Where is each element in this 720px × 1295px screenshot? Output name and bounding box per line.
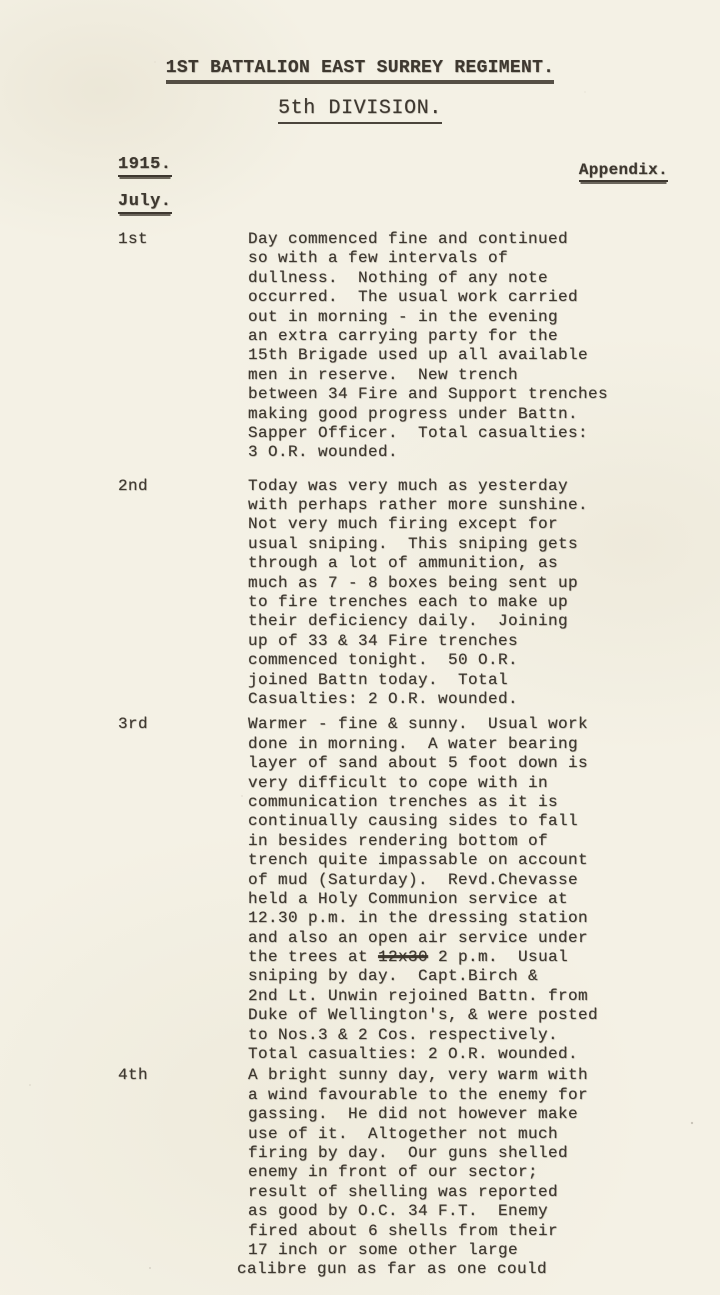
entry-text: A bright sunny day, very warm witha wind… (248, 1066, 588, 1279)
entry-line: 12.30 p.m. in the dressing station (248, 909, 598, 928)
entry-line: sniping by day. Capt.Birch & (248, 967, 598, 986)
entry-day-label: 1st (118, 230, 248, 249)
entry-day-label: 2nd (118, 477, 248, 496)
entry-line: Casualties: 2 O.R. wounded. (248, 690, 588, 709)
entry-line: communication trenches as it is (248, 793, 598, 812)
document-title-text: 1ST BATTALION EAST SURREY REGIMENT. (166, 58, 555, 84)
entry-line: to Nos.3 & 2 Cos. respectively. (248, 1026, 598, 1045)
entry-line: continually causing sides to fall (248, 812, 598, 831)
entry-line: men in reserve. New trench (248, 366, 608, 385)
entry-line: in besides rendering bottom of (248, 832, 598, 851)
entry-line: the trees at 12x30 2 p.m. Usual (248, 948, 598, 967)
month-heading-text: July. (118, 192, 172, 214)
entry-line: 3 O.R. wounded. (248, 443, 608, 462)
entry-line: an extra carrying party for the (248, 327, 608, 346)
entry-line: Not very much firing except for (248, 515, 588, 534)
month-heading: July. (118, 192, 172, 211)
entry-line: dullness. Nothing of any note (248, 269, 608, 288)
entry-line: and also an open air service under (248, 929, 598, 948)
diary-entry: 1stDay commenced fine and continuedso wi… (118, 230, 638, 463)
year-heading: 1915. (118, 155, 172, 174)
diary-entry: 2ndToday was very much as yesterdaywith … (118, 477, 638, 710)
entry-line: up of 33 & 34 Fire trenches (248, 632, 588, 651)
year-heading-text: 1915. (118, 155, 172, 177)
entry-line: as good by O.C. 34 F.T. Enemy (248, 1202, 588, 1221)
entry-line: layer of sand about 5 foot down is (248, 754, 598, 773)
document-page: 1ST BATTALION EAST SURREY REGIMENT. 5th … (0, 0, 720, 1295)
entry-line: trench quite impassable on account (248, 851, 598, 870)
entry-line: to fire trenches each to make up (248, 593, 588, 612)
entry-line: gassing. He did not however make (248, 1105, 588, 1124)
entry-line: usual sniping. This sniping gets (248, 535, 588, 554)
entry-line: commenced tonight. 50 O.R. (248, 651, 588, 670)
entry-line: Today was very much as yesterday (248, 477, 588, 496)
diary-entries: 1stDay commenced fine and continuedso wi… (118, 230, 638, 1280)
document-subtitle-text: 5th DIVISION. (278, 97, 442, 124)
appendix-label: Appendix. (579, 161, 668, 179)
entry-line: 17 inch or some other large (248, 1241, 588, 1260)
entry-line: their deficiency daily. Joining (248, 612, 588, 631)
entry-line: result of shelling was reported (248, 1183, 588, 1202)
entry-line: Total casualties: 2 O.R. wounded. (248, 1045, 598, 1064)
entry-line: out in morning - in the evening (248, 308, 608, 327)
entry-line: held a Holy Communion service at (248, 890, 598, 909)
entry-text: Day commenced fine and continuedso with … (248, 230, 608, 463)
entry-line: so with a few intervals of (248, 249, 608, 268)
entry-line: Day commenced fine and continued (248, 230, 608, 249)
entry-day-label: 3rd (118, 715, 248, 734)
entry-line: joined Battn today. Total (248, 671, 588, 690)
entry-line: very difficult to cope with in (248, 774, 598, 793)
entry-line: with perhaps rather more sunshine. (248, 496, 588, 515)
entry-line: 15th Brigade used up all available (248, 346, 608, 365)
entry-line: A bright sunny day, very warm with (248, 1066, 588, 1085)
appendix-label-text: Appendix. (579, 161, 668, 182)
struck-out-text: 12x30 (378, 948, 428, 966)
entry-line: a wind favourable to the enemy for (248, 1086, 588, 1105)
diary-entry: 4thA bright sunny day, very warm witha w… (118, 1066, 638, 1279)
entry-line: of mud (Saturday). Revd.Chevasse (248, 871, 598, 890)
entry-line: occurred. The usual work carried (248, 288, 608, 307)
entry-text: Warmer - fine & sunny. Usual workdone in… (248, 715, 598, 1064)
entry-line: firing by day. Our guns shelled (248, 1144, 588, 1163)
entry-line: Sapper Officer. Total casualties: (248, 424, 608, 443)
entry-line: Warmer - fine & sunny. Usual work (248, 715, 598, 734)
entry-line: between 34 Fire and Support trenches (248, 385, 608, 404)
entry-line: through a lot of ammunition, as (248, 554, 588, 573)
entry-line: calibre gun as far as one could (237, 1260, 588, 1279)
entry-line: fired about 6 shells from their (248, 1222, 588, 1241)
entry-text: Today was very much as yesterdaywith per… (248, 477, 588, 710)
entry-line: Duke of Wellington's, & were posted (248, 1006, 598, 1025)
entry-line: use of it. Altogether not much (248, 1125, 588, 1144)
entry-line: making good progress under Battn. (248, 405, 608, 424)
entry-day-label: 4th (118, 1066, 248, 1085)
entry-line: 2nd Lt. Unwin rejoined Battn. from (248, 987, 598, 1006)
entry-line: much as 7 - 8 boxes being sent up (248, 574, 588, 593)
document-subtitle: 5th DIVISION. (0, 97, 720, 120)
entry-line: done in morning. A water bearing (248, 735, 598, 754)
document-title: 1ST BATTALION EAST SURREY REGIMENT. (0, 58, 720, 78)
diary-entry: 3rdWarmer - fine & sunny. Usual workdone… (118, 715, 638, 1064)
entry-line: enemy in front of our sector; (248, 1163, 588, 1182)
